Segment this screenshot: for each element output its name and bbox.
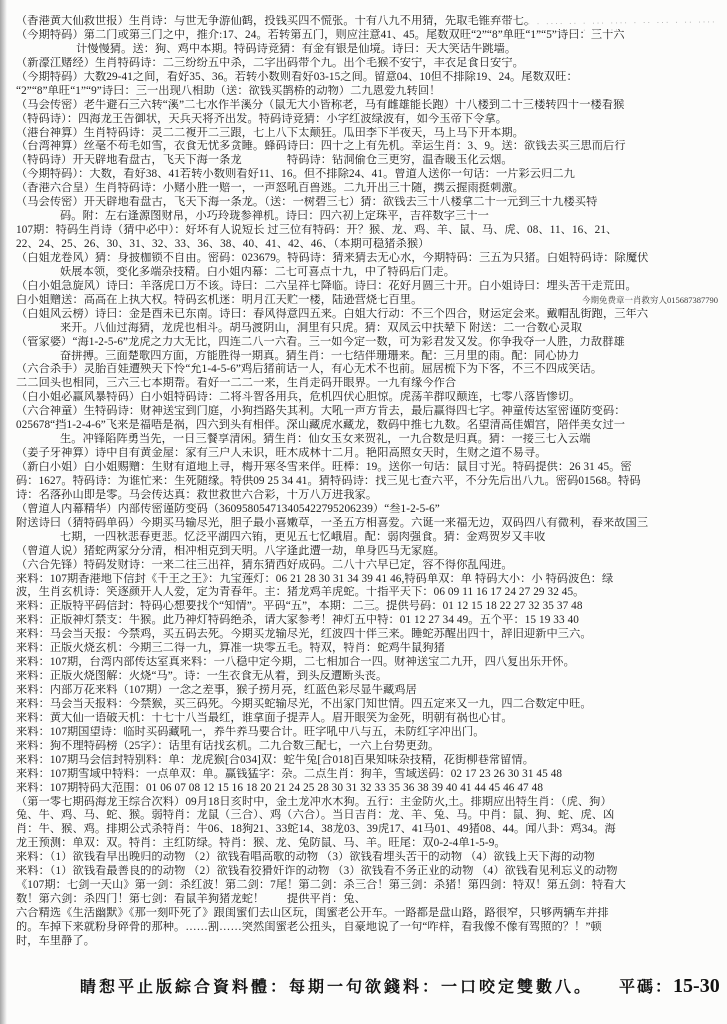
text-line: （特码诗）：四海龙王告御状，天兵天将齐出发。特码诗竞猜：小字红波绿波有，如今玉帝… (16, 113, 722, 127)
text-line: （今期特码）第二门或第三门之中，推介:17、24。若转第五门，则应注意41、45… (16, 29, 722, 43)
text-line: （六合先锋）特码发财诗：一来二往三出祥，猜东猜西好成码。二八十六早已定，容不得你… (16, 559, 722, 573)
text-line: 来料：黄大仙一语破天机：十七十八当最红，谁拿面子提弄人。眉开眼笑为金死，明朝有祸… (16, 712, 722, 726)
text-line: 来料：107期特码大范围：01 06 07 08 12 15 16 18 20 … (16, 782, 722, 796)
text-line: （白姐龙卷风）猜：身披枷锁不自由。密码：023679。特码诗：猜来猜去无心水，今… (16, 252, 722, 266)
text-line: （管家婆）“海1-2-5-6”龙虎之力大无比，四连二八一六看。三一如今定一数，可… (16, 336, 722, 350)
text-line: 七期，一四秋悲春更悲。忆泛平湖四六铕，更见五七忆峨眉。配：弱肉强食。猜：金鸡贺岁… (16, 531, 722, 545)
text-line: （六合杀手）灵胎百娃遭殃天下怜“允1-4-5-6”鸡后猪前话一人，有心无术不也前… (16, 363, 722, 377)
text-line: 诗：名落孙山即是零。马会传达真：救世救世六合彩，十万八万进我家。 (16, 489, 722, 503)
text-line: 兔、牛、鸡、马、蛇、猴。弱特肖：龙鼠（三合）、鸡（六合）。当日吉肖：龙、羊、兔、… (16, 809, 722, 823)
text-line: 码：1627。特码诗：为谁忙来：生死随缘。特供09 25 34 41。猜特码诗：… (16, 475, 722, 489)
text-line: （台湾神算）丝毫不苟毛如雪，衣食无忧多贪睡。蜂码诗曰：四十之上有先机。幸运生肖：… (16, 140, 722, 154)
text-line: 生。冲锋陷阵勇当先，一日三餐享清闲。猜生肖：仙女玉女来贺礼，一九合数是归真。猜：… (16, 433, 722, 447)
text-line: 肖：牛、猴、鸡。排期公式杀特肖：牛06、18狗21、33蛇14、38龙03、39… (16, 823, 722, 837)
text-line: （新白小姐）白小姐赐赠：生财有道地上寻，梅开寒冬雪来伴。旺棒：19。送你一句话：… (16, 461, 722, 475)
text-line: 今期免费章一肖救穷人015687387790白小姐赠送：高高在上执大权。特码玄机… (16, 294, 722, 308)
text-line: 来料：107期马会信封特别料：单：龙虎猴[合034]双：蛇牛兔[合018]百果知… (16, 754, 722, 768)
text-line: 来料：107期国望诗：临时买码藏吼一，养牛养马要合计。旺字吼中八与五，未防红字冲… (16, 726, 722, 740)
text-line: 数！第六剑：杀四门！第七剑：看鼠羊狗猪龙蛇！ 提供平肖：兔、 (16, 893, 722, 907)
text-line: 奋拼搏。三面楚歌四方面，方能胜得一期真。猜生肖：一七结伴珊珊来。配：三月里的雨。… (16, 350, 722, 364)
text-line: 来料：正版神灯禁支：牛猴。此乃神灯特码绝杀，请大家参考！神灯五中特：01 12 … (16, 614, 722, 628)
text-line: 龙王预测：单双：双。特肖：主红防绿。特肖：猴、龙、兔防鼠、马、羊。旺尾：双0-2… (16, 837, 722, 851)
text-line: （马会传密）老牛避石三六转“溪”二七水作半溪分（鼠无大小皆称老，马有雌雄能长跑）… (16, 99, 722, 113)
text-line: 来料：马会当天报料：今禁猴，买三码死。今期买蛇输尽光，不出家门知世情。四五定来又… (16, 698, 722, 712)
text-line: （香港黄大仙救世报）生肖诗：与世无争游仙鹤，投钱买四不慌张。十有八九不用猜，先取… (16, 15, 722, 29)
text-line: 22、24、25、26、30、31、32、33、36、38、40、41、42、4… (16, 238, 722, 252)
text-line: （白小姐必赢风暴特码）白小姐特码诗：二将斗智各用兵，危机四伏心胆惊。虎荡羊群叹颠… (16, 391, 722, 405)
scan-left-edge (0, 0, 7, 1024)
footer-banner-text: 睛惒平止版綜合資料體：每期一句欲錢料：一口咬定雙數八。 (80, 979, 593, 996)
text-line: 来料：（1）欲钱看早出晚归的动物 （2）欲钱看唱高歌的动物 （3）欲钱看埋头苦干… (16, 851, 722, 865)
text-line: （香港六合皇）生肖特码诗：小赌小胜一赔一，一声怒吼百兽逃。二九开出三十随，携云握… (16, 182, 722, 196)
footer-banner: 睛惒平止版綜合資料體：每期一句欲錢料：一口咬定雙數八。平碼：15-30 (80, 974, 720, 998)
text-line: 来料：马会当天报：今禁鸡，买五码去死。今期买龙输尽光，红波四十伴三来。睡蛇苏醒出… (16, 628, 722, 642)
text-line: 附送诗曰（猜特码单码）今期买马输尽光，胆子最小喜嫩草，一圣五方相喜爱。六诞一来福… (16, 517, 722, 531)
text-line: 六合精选《生活幽默》《那一刻吓死了》跟闺蜜们去山区玩，闺蜜老公开车。一路都是盘山… (16, 907, 722, 921)
text-line: 二二回头也相同，三六三七本期帮。看好一二二一来，生肖走码开眼界。一九有缘今作合 (16, 377, 722, 391)
text-line: 来料：107期香港地下信封《千王之王》：九宝莲灯：06 21 28 30 31 … (16, 573, 722, 587)
text-line: 波，生肖玄机诗：笑逐颜开人人爱，定为青春年。主：猪龙鸡羊虎蛇。十指平天下：06 … (16, 586, 722, 600)
text-line: （特码诗）开天辟地看盘古，飞天下海一条龙 特码诗：钻洞偷仓三更穷，温香暖玉化云烟… (16, 154, 722, 168)
footer-code-label: 平碼： (619, 979, 673, 996)
text-line: 来料：内部万花来料（107期）一念之差事，猴子捞月亮，红蓝色彩尽显牛藏鸡居 (16, 684, 722, 698)
free-tip-note: 今期免费章一肖救穷人015687387790 (582, 294, 722, 308)
text-line: （新濠江赌经）生肖特码诗：二三纷纷五中杀，二字出码带个九。出个毛猴不安宁，丰衣足… (16, 57, 722, 71)
text-line: 来料：正版火烧玄机：今期三二得一九，算准一块零五毛。特双，特肖：蛇鸡牛鼠狗猪 (16, 642, 722, 656)
text-line: 来料：正版特平码信封：特码心想要找个“知情”。平码“五”，本期：二三。提供号码：… (16, 600, 722, 614)
text-line: 的。车掉下来就粉身碎骨的那种。……割……突然闺蜜老公扭头，自豪地说了一句“咋样，… (16, 921, 722, 935)
text-line: （姜子牙神算）诗中自有黄金屋：家有三户人未识，旺木成林十二月。艳阳高照女天时，生… (16, 447, 722, 461)
text-line: 时，车里静了。 (16, 935, 722, 949)
text-line: 计慢慢猜。送：狗、鸡中本期。特码诗竞猜：有金有银是仙境。诗曰：天大笑话牛跳墙。 (16, 43, 722, 57)
footer-code-value: 15-30 (673, 975, 720, 997)
text-line: 《107期：七剑一天山》第一剑：杀红波！第二剑：7尾！第二剑：杀三合！第三剑：杀… (16, 879, 722, 893)
text-line: （港台神算）生肖特码诗：灵二二複开二三跟，七上八下太颠狂。瓜田李下半夜天，马上马… (16, 127, 722, 141)
text-line: （马会传密）开天辟地看盘古，飞天下海一条龙。（送：一树碧三七）猜：欲钱去三十八楼… (16, 196, 722, 210)
text-line: （曾道人说）猪蛇两家分分清，相冲相克到天明。八字逢此遭一劫，单身匹马无家庭。 (16, 545, 722, 559)
text-line: 来料：正版火烧图解：火烧“马”。诗：一生衣食无从着，到头反遭断头丧。 (16, 670, 722, 684)
text-line: （曾道人内幕精华）内部传密谨防变码（3609580547134054227952… (16, 503, 722, 517)
text-line: 来料：107期，台湾内部传达室真来料：一八稳中定今期，二七相加合一四。财神送宝二… (16, 656, 722, 670)
text-line: “2”“8”单旺“1”“9”诗曰：三一出现八相助（送：欲钱买鹊桥的动物）二九恩爱… (16, 85, 722, 99)
text-line: 来料：（1）欲钱看最善良的的动物 （2）欲钱看狡猾奸诈的动物 （3）欲钱看不务正… (16, 865, 722, 879)
text-line: 码。附：左右逢源图财帛，小巧玲珑参禅机。诗曰：四六初上定珠平，吉祥数字三十一 (16, 210, 722, 224)
text-line: （白姐风云榜）诗曰：金是酉未已东南。诗曰：春风得意四五来。白姐大行动：不三个四合… (16, 308, 722, 322)
text-line: （今期特码）大数29-41之间，看好35、36。若转小数则看好03-15之间。留… (16, 71, 722, 85)
text-line: 107期：特码生肖诗（猜中必中）：好坏有人说短长 过三位有特码：开？猴、龙、鸡、… (16, 224, 722, 238)
text-line: （第一零七期码海龙王综合次料）09月18日亥时中，金土龙冲水木狗。五行：主金防火… (16, 796, 722, 810)
text-line: （六合神童）生特码诗：财神送宝到门庭，小狗挡路失其利。大吼一声方肯去，最后赢得四… (16, 405, 722, 419)
text-line: 025678“挡1-2-4-6”飞来是福唔是祸，四六到头有相伴。深山藏虎水藏龙，… (16, 419, 722, 433)
text-line: 妖展本领，变化多端杂技精。白小姐内幕：二七可喜点十九，中了特码后门走。 (16, 266, 722, 280)
text-line: （白小姐急旋风）诗曰：羊落虎口万不该。诗曰：二六呈祥七降临。诗曰：花好月圆三十开… (16, 280, 722, 294)
text-line: 来料：107期雪域中特料：一点单双：单。赢钱猛字：杂。二点生肖：狗羊，雪域送码：… (16, 768, 722, 782)
document-body: （香港黄大仙救世报）生肖诗：与世无争游仙鹤，投钱买四不慌张。十有八九不用猜，先取… (16, 15, 722, 949)
text-line: 来料：狗不理特码榜（25字）：话里有话找玄机。二九合数三配七，一六上台势更劲。 (16, 740, 722, 754)
text-line: （今期特码）：大数，看好38、41若转小数则看好11、16。但不排除24、41。… (16, 168, 722, 182)
text-line: 来开。八仙过海猜，龙虎也相斗。胡马渡阴山，洞里有只虎。猜：双凤云中扶辇下 附送：… (16, 322, 722, 336)
